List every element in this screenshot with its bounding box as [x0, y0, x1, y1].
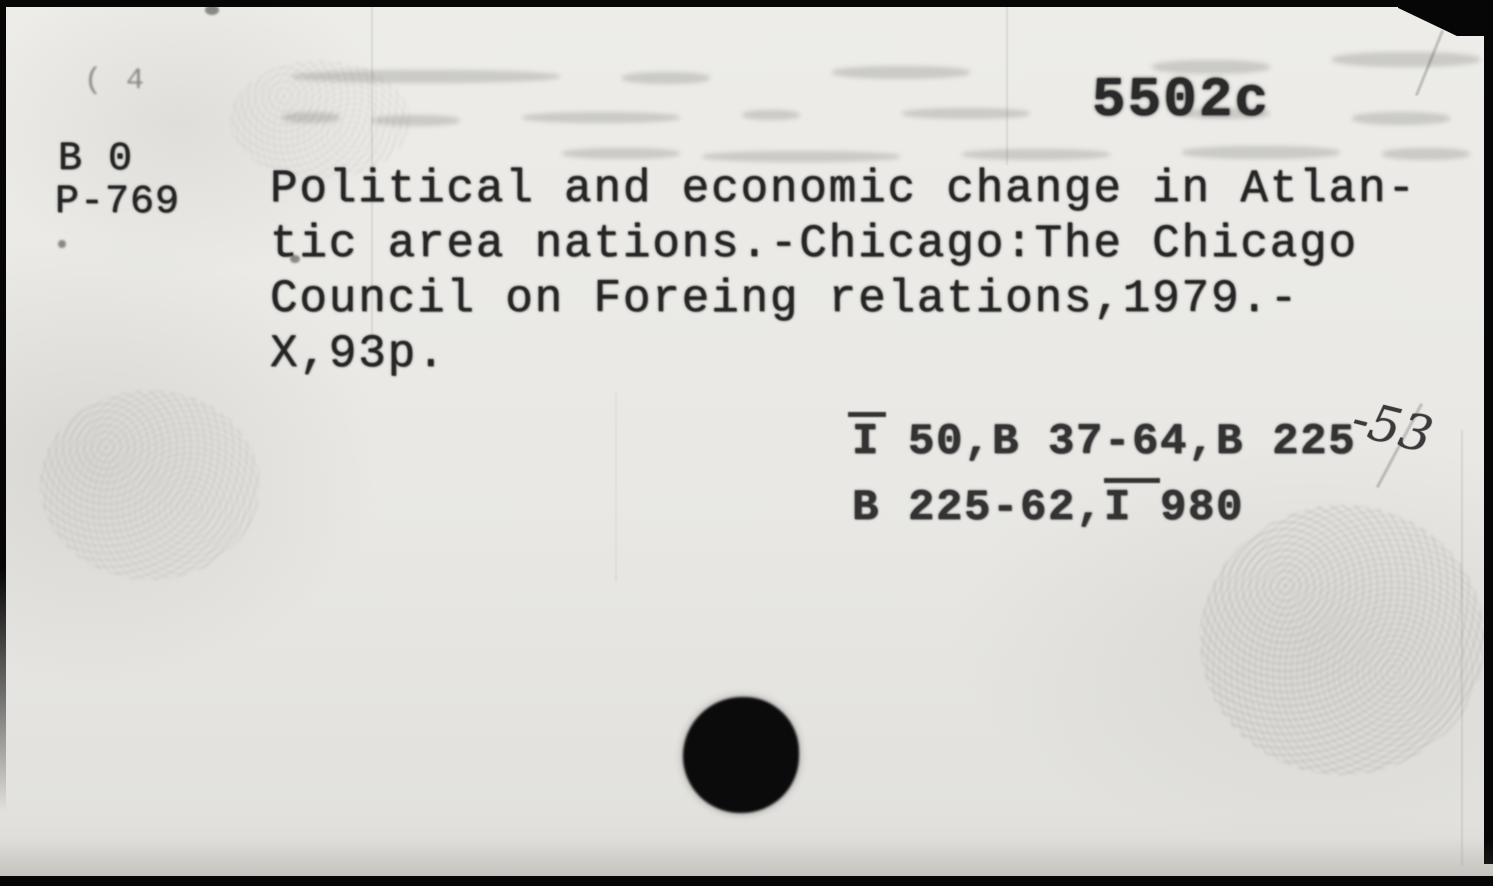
scan-edge-right: [1484, 0, 1493, 864]
scan-edge-corner: [1398, 0, 1493, 36]
paper-stain: [1200, 505, 1485, 775]
scan-edge-left: [0, 0, 6, 812]
crease-line: [1461, 430, 1463, 865]
ink-smudge: [962, 149, 1110, 160]
title-statement-line-2: tic area nations.-Chicago:The Chicago: [270, 221, 1358, 267]
ink-smudge: [832, 66, 970, 79]
catalog-card: ( 4 5502c B 0 P-769 Political and econom…: [0, 0, 1493, 886]
crease-line: [1006, 0, 1008, 165]
title-statement-line-1: Political and economic change in Atlan-: [270, 166, 1417, 212]
shelf-code-line-2: B 225-62,I 980: [852, 486, 1244, 530]
ink-smudge: [1382, 148, 1470, 160]
shelf-code-line-1: I 50,B 37-64,B 225: [852, 420, 1356, 464]
call-number-shelf: P-769: [55, 183, 180, 223]
ink-smudge: [902, 108, 1030, 119]
accession-number: 5502c: [1092, 72, 1270, 128]
imprint-line: Council on Foreing relations,1979.-: [270, 276, 1299, 322]
ink-speck: [58, 240, 66, 248]
crease-line: [615, 392, 617, 582]
hole-punch-mark: [683, 697, 799, 813]
overstrike-mark: [1104, 478, 1160, 483]
ink-smudge: [1182, 146, 1340, 159]
bottom-shadow: [0, 838, 1493, 876]
overstrike-mark: [848, 412, 886, 417]
scan-edge-bottom: [0, 876, 1493, 886]
handwritten-annotation: -53: [1347, 393, 1437, 461]
ink-smudge: [622, 72, 710, 84]
stray-mark: ( 4: [84, 66, 147, 96]
ink-smudge: [562, 148, 680, 159]
ink-smudge: [742, 110, 800, 120]
ink-smudge: [292, 70, 560, 83]
ink-smudge: [372, 115, 460, 126]
call-number-class: B 0: [58, 140, 133, 180]
ink-smudge: [1332, 52, 1480, 67]
ink-smudge: [702, 151, 900, 162]
pagination-line: X,93p.: [270, 331, 446, 377]
scan-edge-top: [0, 0, 1493, 7]
ink-smudge: [282, 112, 340, 123]
ink-smudge: [1352, 112, 1450, 125]
ink-smudge: [522, 112, 680, 123]
paper-stain: [40, 390, 260, 580]
